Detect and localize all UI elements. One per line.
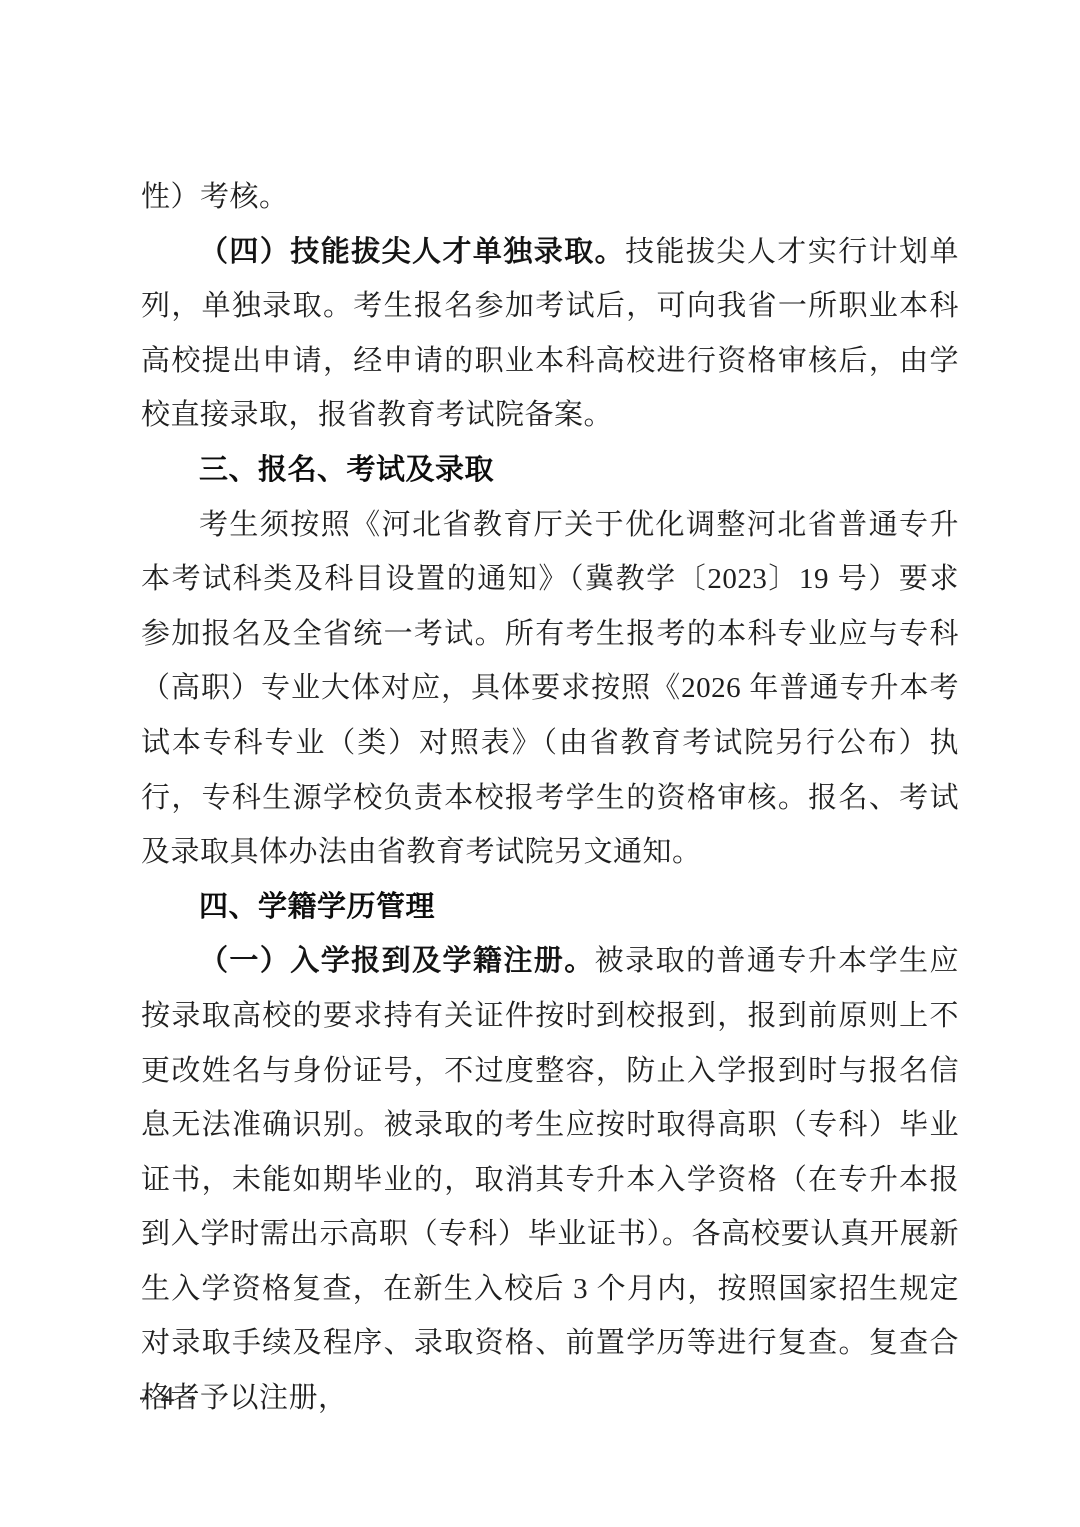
document-body: 性）考核。（四）技能拔尖人才单独录取。技能拔尖人才实行计划单列，单独录取。考生报… (141, 170, 959, 1426)
document-page: 性）考核。（四）技能拔尖人才单独录取。技能拔尖人才实行计划单列，单独录取。考生报… (0, 0, 1080, 1527)
section-heading: 四、学籍学历管理 (141, 880, 959, 935)
paragraph-lead-emphasis: （一）入学报到及学籍注册。 (199, 945, 595, 977)
paragraph: 考生须按照《河北省教育厅关于优化调整河北省普通专升本考试科类及科目设置的通知》（… (141, 498, 959, 880)
paragraph: （一）入学报到及学籍注册。被录取的普通专升本学生应按录取高校的要求持有关证件按时… (141, 934, 959, 1425)
section-heading: 三、报名、考试及录取 (141, 443, 959, 498)
paragraph-text: 被录取的普通专升本学生应按录取高校的要求持有关证件按时到校报到，报到前原则上不更… (141, 945, 959, 1414)
page-number: - 4 - (139, 1381, 199, 1412)
paragraph-text: 性）考核。 (141, 181, 289, 213)
paragraph-text: 考生须按照《河北省教育厅关于优化调整河北省普通专升本考试科类及科目设置的通知》（… (141, 509, 959, 869)
paragraph: 性）考核。 (141, 170, 959, 225)
paragraph-lead-emphasis: （四）技能拔尖人才单独录取。 (199, 236, 625, 268)
paragraph: （四）技能拔尖人才单独录取。技能拔尖人才实行计划单列，单独录取。考生报名参加考试… (141, 225, 959, 443)
